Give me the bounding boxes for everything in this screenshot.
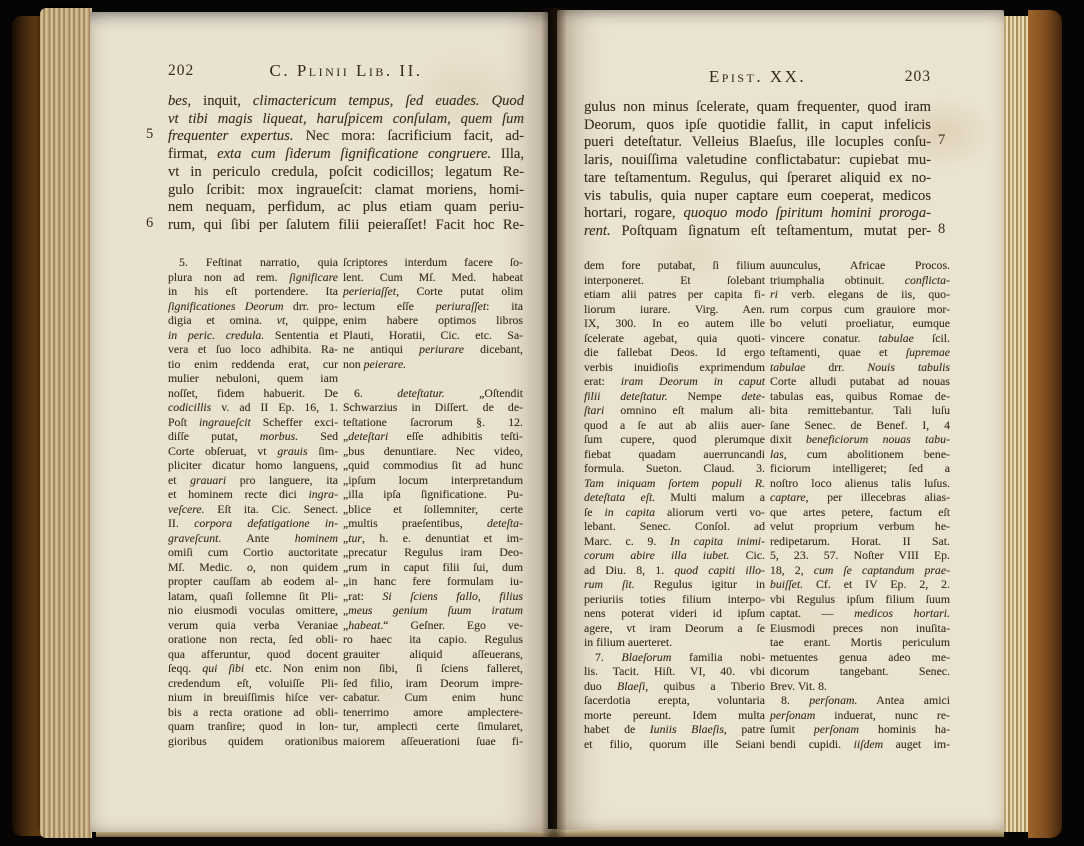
text-line: ſtari omnino eſt malum ali-	[584, 403, 765, 418]
text-line: in filium auerteret.	[584, 635, 765, 650]
text-line: vincere conatur. tabulae ſcil.	[770, 331, 950, 346]
text-line: „blice et ſollemniter, certe	[343, 502, 523, 517]
text-line: fiebat quadam auerruncandi	[584, 447, 765, 462]
text-line: ri verb. elegans de iis, quo-	[770, 287, 950, 302]
text-line: ſed filio, iram Deorum impre-	[343, 676, 523, 691]
text-line: „deteſtari eſſe adhibitis teſti-	[343, 429, 523, 444]
text-line: perſonam induerat, nunc re-	[770, 708, 950, 723]
text-line: 18, 2, cum ſe captandum prae-	[770, 563, 950, 578]
text-line: formula. Sueton. Claud. 3.	[584, 461, 765, 476]
text-line: rum ſit. Regulus igitur in	[584, 577, 765, 592]
left-running-title: C. Plinii Lib. II.	[168, 61, 524, 81]
text-line: pueri deteſtatur. Velleius Blaeſus, ille…	[584, 134, 931, 152]
text-line: credendum eſt, voluiſſe Pli-	[168, 676, 338, 691]
text-line: triumphalia obtinuit. conflicta-	[770, 273, 950, 288]
text-line: captat. — medicos hortari.	[770, 606, 950, 621]
text-line: quam tranſire; quod in lon-	[168, 719, 338, 734]
text-line: hortari, rogare, quoquo modo ſpiritum ho…	[584, 205, 931, 223]
text-line: nem nequam, perfidum, ac plus etiam quam…	[168, 199, 524, 217]
text-line: II. corpora defatigatione in-	[168, 516, 338, 531]
book-photograph: 202 C. Plinii Lib. II. 5 6 bes, inquit, …	[0, 0, 1084, 846]
text-line: et filio, quorum ille Seiani	[584, 737, 765, 752]
text-line: tare teſtamentum. Regulus, qui ſperaret …	[584, 170, 931, 188]
text-line: ne antiqui periurare dicebant,	[343, 342, 523, 357]
text-line: filii deteſtatur. Nempe dete-	[584, 389, 765, 404]
left-page-fore-edge	[40, 8, 92, 838]
text-line: tio enim reddenda erat, cur	[168, 357, 338, 372]
text-line: cabatur. Cum enim hunc	[343, 690, 523, 705]
text-line: gulo ſcribit: mox ingraueſcit: clamat mo…	[168, 182, 524, 200]
text-line: Poſt ingraueſcit Scheffer exci-	[168, 415, 338, 430]
text-line: rent. Poſtquam ſignatum eſt teſtamentum,…	[584, 223, 931, 241]
text-line: „quid commodius ſit ad hunc	[343, 458, 523, 473]
text-line: qua afferuntur, quod docent	[168, 647, 338, 662]
margin-section-number: 6	[146, 215, 153, 232]
text-line: digia et omina. vt, quippe,	[168, 313, 338, 328]
text-line: „rat: Si ſciens fallo, filius	[343, 589, 523, 604]
text-line: propter cauſſam ab eodem al-	[168, 574, 338, 589]
text-line: nens poterat videri id ipſum	[584, 606, 765, 621]
text-line: habet de Iuniis Blaeſis, patre	[584, 722, 765, 737]
margin-section-number: 5	[146, 126, 153, 143]
text-line: Marc. c. 9. In capita inimi-	[584, 534, 765, 549]
margin-section-number: 8	[938, 221, 945, 238]
text-line: Plauti, Horatii, Cic. etc. Sa-	[343, 328, 523, 343]
text-line: rum, qui ſibi per ſalutem filii peieraſſ…	[168, 217, 524, 235]
text-line: tabulas eas, quibus Romae de-	[770, 389, 950, 404]
text-line: die fallebat Deos. Id ergo	[584, 345, 765, 360]
text-line: lis. Tacit. Hiſt. VI, 40. vbi	[584, 664, 765, 679]
text-line: grauiter aliquid aſſeuerans,	[343, 647, 523, 662]
text-line: etiam alii patres per capita fi-	[584, 287, 765, 302]
text-line: quod a ſe aut ab aliis auer-	[584, 418, 765, 433]
left-main-text: bes, inquit, climactericum tempus, ſed e…	[168, 93, 524, 235]
text-line: IX, 300. In eo autem ille	[584, 316, 765, 331]
text-line: oratione non recta, ſed obli-	[168, 632, 338, 647]
text-line: 8. perſonam. Antea amici	[770, 693, 950, 708]
text-line: dem fore putabat, ſi filium	[584, 258, 765, 273]
text-line: 5, 23. 57. Noſter VIII Ep.	[770, 548, 950, 563]
text-line: 7. Blaeſorum familia nobi-	[584, 650, 765, 665]
text-line: bes, inquit, climactericum tempus, ſed e…	[168, 93, 524, 111]
text-line: vera et ſuo loco adhibita. Ra-	[168, 342, 338, 357]
text-line: dicorum tangebant. Senec.	[770, 664, 950, 679]
text-line: et hominem recte dici ingra-	[168, 487, 338, 502]
text-line: tur, amplecti certe ſimularet,	[343, 719, 523, 734]
text-line: ſe in capita aliorum verti vo-	[584, 505, 765, 520]
text-line: maiorem aſſeuerationi ſuae fi-	[343, 734, 523, 749]
text-line: bendi cupidi. iiſdem auget im-	[770, 737, 950, 752]
text-line: interponeret. Et ſolebant	[584, 273, 765, 288]
text-line: Brev. Vit. 8.	[770, 679, 950, 694]
text-line: 5. Feſtinat narratio, quia	[168, 255, 338, 270]
text-line: pliciter dicatur homo languens,	[168, 458, 338, 473]
text-line: noſtro loco alienus talis luſus.	[770, 476, 950, 491]
text-line: Eiusmodi preces non inuſita-	[770, 621, 950, 636]
text-line: frequenter expertus. Nec mora: ſacrifici…	[168, 128, 524, 146]
right-footnote-column-1: dem fore putabat, ſi filiuminterponeret.…	[584, 258, 765, 751]
text-line: tae erant. Mortis periculum	[770, 635, 950, 650]
text-line: et grauari pro languere, ita	[168, 473, 338, 488]
text-line: Schwarzius in Diſſert. de de-	[343, 400, 523, 415]
text-line: ſcelerate agebat, quia quoti-	[584, 331, 765, 346]
text-line: „habeat.“ Geſner. Ego ve-	[343, 618, 523, 633]
right-running-title: Epist. XX.	[584, 67, 931, 87]
text-line: redipetarum. Horat. II Sat.	[770, 534, 950, 549]
text-line: graveſcunt. Ante hominem	[168, 531, 338, 546]
text-line: velut proprium verbum he-	[770, 519, 950, 534]
text-line: ro haec ita capio. Regulus	[343, 632, 523, 647]
text-line: firmat, exta cum ſiderum ſignificatione …	[168, 146, 524, 164]
book-gutter-shadow	[541, 8, 567, 838]
text-line: ſignificationes Deorum drr. pro-	[168, 299, 338, 314]
text-line: bis a recta oratione ad obli-	[168, 705, 338, 720]
text-line: vis tabulis, quia nuper captare eum coep…	[584, 188, 931, 206]
text-line: nium in breuiſſimis hiſce ver-	[168, 690, 338, 705]
text-line: verum quia verba Veraniae	[168, 618, 338, 633]
right-page: Epist. XX. 203 7 8 gulus non minus ſcele…	[557, 10, 1004, 830]
text-line: corum abire illa iubet. Cic.	[584, 548, 765, 563]
right-page-number: 203	[905, 68, 931, 86]
right-book-cover	[1028, 10, 1062, 838]
text-line: morte pereunt. Idem multa	[584, 708, 765, 723]
text-line: non peierare.	[343, 357, 523, 372]
text-line: „precatur Regulus iram Deo-	[343, 545, 523, 560]
left-running-header: 202 C. Plinii Lib. II.	[168, 61, 524, 83]
text-line: „ipſum locum interpretandum	[343, 473, 523, 488]
right-footnote-column-2: auunculus, Africae Procos.triumphalia ob…	[770, 258, 950, 751]
text-line: auunculus, Africae Procos.	[770, 258, 950, 273]
text-line: tenerrimo amore amplectere-	[343, 705, 523, 720]
text-line: „rum in caput filii ſui, dum	[343, 560, 523, 575]
text-line: bo veluti proeliatur, eumque	[770, 316, 950, 331]
text-line: captare, per illecebras alias-	[770, 490, 950, 505]
text-line: vt in periculo credula, poſcit codicillo…	[168, 164, 524, 182]
text-line: „bus denuntiare. Nec video,	[343, 444, 523, 459]
text-line: Corte alludi putabat ad nouas	[770, 374, 950, 389]
text-line: tabulae drr. Nouis tabulis	[770, 360, 950, 375]
text-line: dixit beneficiorum nouas tabu-	[770, 432, 950, 447]
text-line: omiſi cum Cortio auctoritate	[168, 545, 338, 560]
text-line: Corte obſeruat, vt grauis ſim-	[168, 444, 338, 459]
text-line: duo Blaeſi, quibus a Tiberio	[584, 679, 765, 694]
text-line: Tam iniquam ſortem populi R.	[584, 476, 765, 491]
text-line: ſum cupere, quod plerumque	[584, 432, 765, 447]
text-line: diſſe putat, morbus. Sed	[168, 429, 338, 444]
text-line: perieriaſſet, Corte putat olim	[343, 284, 523, 299]
text-line: que artes petere, factum eſt	[770, 505, 950, 520]
text-line: bita remittebantur. Tali luſu	[770, 403, 950, 418]
text-line: mulier nebuloni, quem iam	[168, 371, 338, 386]
text-line: codicillis v. ad II Ep. 16, 1.	[168, 400, 338, 415]
text-line: buiſſet. Cf. et IV Ep. 2, 2.	[770, 577, 950, 592]
text-line: vbi Regulus ipſum filium ſuum	[770, 592, 950, 607]
left-page: 202 C. Plinii Lib. II. 5 6 bes, inquit, …	[90, 12, 548, 832]
text-line: teſtamenti, quae et ſupremae	[770, 345, 950, 360]
text-line: lectum eſſe periuraſſet: ita	[343, 299, 523, 314]
text-line: ad Diu. 8, 1. quod capiti illo-	[584, 563, 765, 578]
text-line: 6. deteſtatur. „Oſtendit	[343, 386, 523, 401]
text-line: „illa ipſa ſignificatione. Pu-	[343, 487, 523, 502]
text-line: plura non ad rem. ſignificare	[168, 270, 338, 285]
right-running-header: Epist. XX. 203	[584, 67, 931, 89]
text-line: liorum iurare. Virg. Aen.	[584, 302, 765, 317]
text-line: „meus genium ſuum iratum	[343, 603, 523, 618]
text-line: Deorum, quos ipſe quotidie fallit, in ca…	[584, 117, 931, 135]
text-line: enim habere optimos libros	[343, 313, 523, 328]
text-line: erat: iram Deorum in caput	[584, 374, 765, 389]
text-line: ſumit perſonam hominis ha-	[770, 722, 950, 737]
text-line: ſacerdotia erepta, voluntaria	[584, 693, 765, 708]
left-page-number: 202	[168, 62, 194, 80]
text-line: vt tibi magis liqueat, haruſpicem conſul…	[168, 111, 524, 129]
text-line: lent. Cum Mſ. Med. habeat	[343, 270, 523, 285]
text-line: agere, vt iram Deorum a ſe	[584, 621, 765, 636]
text-line: nio eiusmodi voculas omittere,	[168, 603, 338, 618]
text-line: in peric. credula. Sententia et	[168, 328, 338, 343]
text-line: non ſibi, ſi ſciens falleret,	[343, 661, 523, 676]
text-line: rum corpus cum grauiore mor-	[770, 302, 950, 317]
text-line: noſſet, fidem habuerit. De	[168, 386, 338, 401]
text-line: in his eſt portendere. Ita	[168, 284, 338, 299]
text-line: teſtatione ſacrorum §. 12.	[343, 415, 523, 430]
text-line	[343, 371, 523, 386]
text-line: latam, quaſi ſollemne ſit Pli-	[168, 589, 338, 604]
text-line: ficiorum intelligeret; ſed a	[770, 461, 950, 476]
text-line: ſcriptores interdum facere ſo-	[343, 255, 523, 270]
text-line: ſane Senec. de Benef. I, 4	[770, 418, 950, 433]
text-line: gioribus quidem orationibus	[168, 734, 338, 749]
text-line: lebant. Senec. Conſol. ad	[584, 519, 765, 534]
text-line: „tur, h. e. denuntiat et im-	[343, 531, 523, 546]
left-footnote-column-2: ſcriptores interdum facere ſo-lent. Cum …	[343, 255, 523, 748]
text-line: „in hanc fere formulam iu-	[343, 574, 523, 589]
right-main-text: gulus non minus ſcelerate, quam frequent…	[584, 99, 931, 241]
text-line: veſcere. Eſt ita. Cic. Senect.	[168, 502, 338, 517]
text-line: laris, nouiſſima valetudine conflictabat…	[584, 152, 931, 170]
text-line: „multis praeſentibus, deteſta-	[343, 516, 523, 531]
text-line: periuriis toties filium interpo-	[584, 592, 765, 607]
text-line: verbis inuidioſis exprimendum	[584, 360, 765, 375]
left-footnote-column-1: 5. Feſtinat narratio, quiaplura non ad r…	[168, 255, 338, 748]
text-line: Mſ. Medic. o, non quidem	[168, 560, 338, 575]
text-line: gulus non minus ſcelerate, quam frequent…	[584, 99, 931, 117]
text-line: deteſtata eſt. Multi malum a	[584, 490, 765, 505]
text-line: las, cum abolitionem bene-	[770, 447, 950, 462]
margin-section-number: 7	[938, 132, 945, 149]
text-line: ſeqq. qui ſibi etc. Non enim	[168, 661, 338, 676]
text-line: metuentes genua adeo me-	[770, 650, 950, 665]
